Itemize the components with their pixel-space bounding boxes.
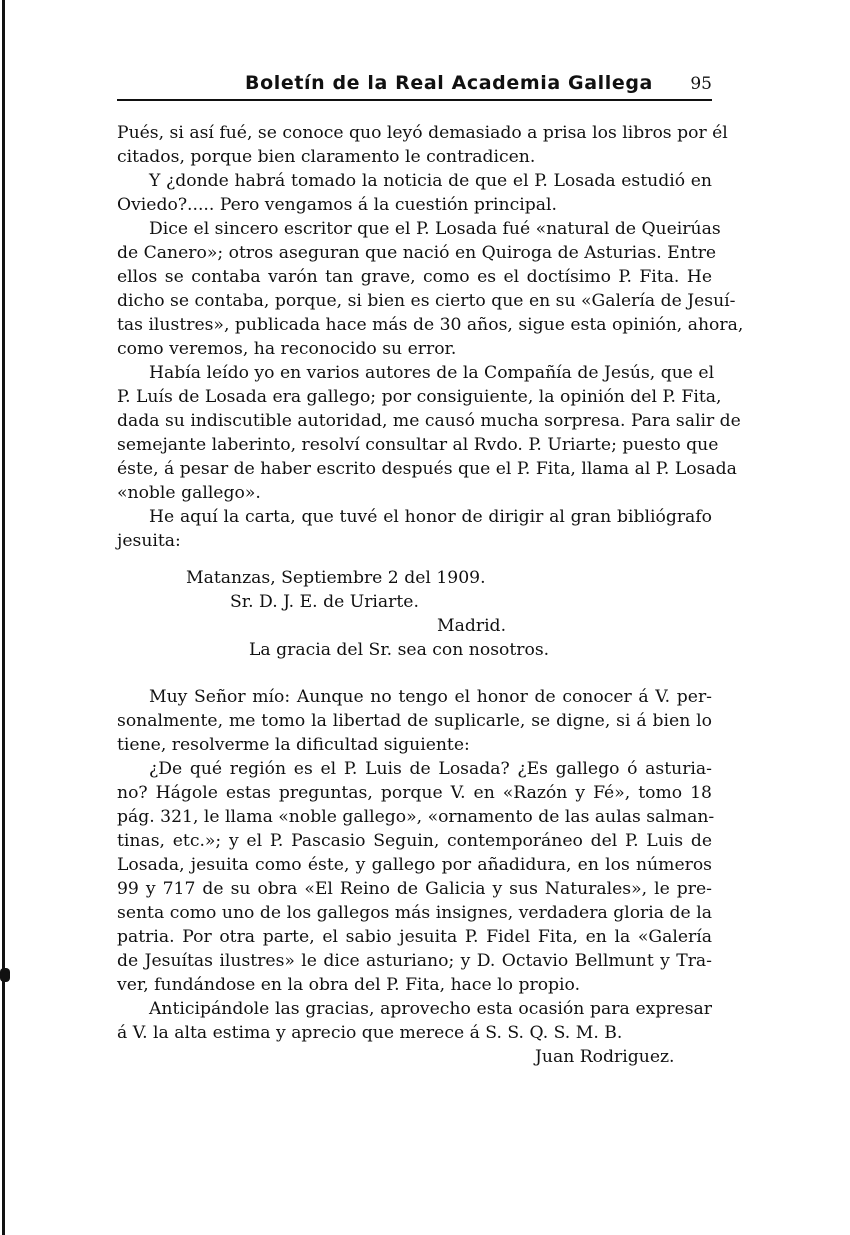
text-line: dada su indiscutible autoridad, me causó… — [117, 409, 712, 433]
running-header: Boletín de la Real Academia Gallega 95 — [117, 70, 712, 100]
text-line: semejante laberinto, resolví consultar a… — [117, 433, 712, 457]
text-line: tinas, etc.»; y el P. Pascasio Seguin, c… — [117, 829, 712, 853]
text-line: de Canero»; otros aseguran que nació en … — [117, 241, 712, 265]
text-line: de Jesuítas ilustres» le dice asturiano;… — [117, 949, 712, 973]
text-line: jesuita: — [117, 529, 712, 553]
text-line: He aquí la carta, que tuvé el honor de d… — [117, 505, 712, 529]
text-line: 99 y 717 de su obra «El Reino de Galicia… — [117, 877, 712, 901]
letter-addressee: Sr. D. J. E. de Uriarte. — [117, 590, 712, 614]
text-line: Anticipándole las gracias, aprovecho est… — [117, 997, 712, 1021]
text-line: no? Hágole estas preguntas, porque V. en… — [117, 781, 712, 805]
letter-body: Muy Señor mío: Aunque no tengo el honor … — [117, 685, 712, 1069]
text-line: como veremos, ha reconocido su error. — [117, 337, 712, 361]
text-line: citados, porque bien claramento le contr… — [117, 145, 712, 169]
text-line: ¿De qué región es el P. Luis de Losada? … — [117, 757, 712, 781]
text-line: á V. la alta estima y aprecio que merece… — [117, 1021, 712, 1045]
text-line: pág. 321, le llama «noble gallego», «orn… — [117, 805, 712, 829]
text-line: sonalmente, me tomo la libertad de supli… — [117, 709, 712, 733]
letter-city: Madrid. — [117, 614, 712, 638]
text-line: Dice el sincero escritor que el P. Losad… — [117, 217, 712, 241]
text-line: Y ¿donde habrá tomado la noticia de que … — [117, 169, 712, 193]
text-line: senta como uno de los gallegos más insig… — [117, 901, 712, 925]
text-line: P. Luís de Losada era gallego; por consi… — [117, 385, 712, 409]
page-number: 95 — [690, 74, 712, 94]
text-line: Oviedo?..... Pero vengamos á la cuestión… — [117, 193, 712, 217]
journal-title: Boletín de la Real Academia Gallega — [245, 72, 653, 94]
text-line: Losada, jesuita como éste, y gallego por… — [117, 853, 712, 877]
body-text-block: Pués, si así fué, se conoce quo leyó dem… — [117, 121, 712, 553]
letter-signature: Juan Rodriguez. — [117, 1045, 712, 1069]
header-rule — [117, 99, 712, 101]
text-line: Pués, si así fué, se conoce quo leyó dem… — [117, 121, 712, 145]
letter-place-date: Matanzas, Septiembre 2 del 1909. — [117, 566, 712, 590]
text-line: tas ilustres», publicada hace más de 30 … — [117, 313, 712, 337]
text-line: Muy Señor mío: Aunque no tengo el honor … — [117, 685, 712, 709]
text-line: «noble gallego». — [117, 481, 712, 505]
text-line: éste, á pesar de haber escrito después q… — [117, 457, 712, 481]
letter-greeting: La gracia del Sr. sea con nosotros. — [117, 638, 712, 662]
scan-edge-mark — [0, 968, 10, 982]
text-line: dicho se contaba, porque, si bien es cie… — [117, 289, 712, 313]
text-line: ellos se contaba varón tan grave, como e… — [117, 265, 712, 289]
scan-edge-line — [2, 0, 5, 1235]
text-line: tiene, resolverme la dificultad siguient… — [117, 733, 712, 757]
letter-heading: Matanzas, Septiembre 2 del 1909. Sr. D. … — [117, 566, 712, 662]
text-line: Había leído yo en varios autores de la C… — [117, 361, 712, 385]
text-line: patria. Por otra parte, el sabio jesuita… — [117, 925, 712, 949]
text-line: ver, fundándose en la obra del P. Fita, … — [117, 973, 712, 997]
